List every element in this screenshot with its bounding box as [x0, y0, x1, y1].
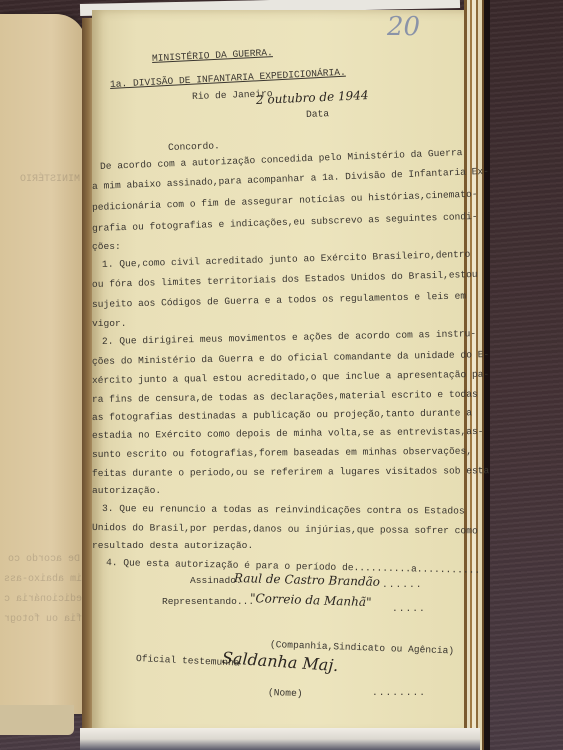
intro-line: ções:	[92, 242, 121, 252]
bleed-through-text: De acordo co	[8, 554, 80, 565]
date-handwritten: 2 outubro de 1944	[256, 89, 369, 106]
clause-line: feitas durante o periodo,ou se referirem…	[92, 466, 489, 478]
clause-line: xército junto a qual estou acreditado,o …	[92, 370, 489, 386]
clause-line: sunto escrito ou fotografias,forem basea…	[92, 447, 472, 460]
witness-signature: Saldanha Maj.	[221, 650, 338, 674]
dotted-leader: ......	[382, 580, 423, 590]
clause-line: ra fins de censura,de todas as declaraçõ…	[92, 390, 478, 405]
folio-number: 20	[387, 14, 420, 40]
clause-line: ções do Ministério da Guerra e do oficia…	[92, 350, 489, 367]
intro-line: pedicionária com o fim de assegurar notí…	[92, 190, 478, 213]
representing-label: Representando...	[162, 597, 254, 607]
signed-signature: Raul de Castro Brandão	[234, 572, 380, 588]
clause-line: resultado desta autorização.	[92, 541, 253, 551]
bleed-through-text: pedicionária c	[4, 594, 88, 605]
division-heading: 1a. DIVISÃO DE INFANTARIA EXPEDICIONÁRIA…	[110, 68, 346, 90]
clause-line: sujeito aos Códigos de Guerra e a todos …	[92, 292, 466, 310]
document-content: 20 MINISTÉRIO DA GUERRA. 1a. DIVISÃO DE …	[92, 10, 467, 730]
salutation: Concordo.	[168, 141, 220, 152]
date-label: Data	[306, 109, 329, 119]
clause-line: autorização.	[92, 486, 161, 496]
bleed-through-text: MINISTÉRIO	[20, 174, 80, 185]
clause-line: Unidos do Brasil,por perdas,danos ou inj…	[92, 523, 478, 536]
page-bottom-edge	[80, 728, 480, 750]
clause-line: 2. Que dirigirei meus movimentos e ações…	[102, 329, 476, 346]
clause-line: vigor.	[92, 319, 127, 329]
clause-line: estadia no Exército como depois de minha…	[92, 427, 484, 441]
clause-line: 1. Que,como civil acreditado junto ao Ex…	[102, 250, 471, 270]
name-caption: (Nome)	[268, 688, 303, 699]
clause-line: as fotografias destinadas a publicação o…	[92, 408, 472, 422]
dotted-leader: ........	[372, 688, 426, 698]
clause-line: 3. Que eu renuncio a todas as reinvindic…	[102, 504, 465, 516]
left-page-bottom-edge	[0, 705, 74, 735]
dotted-leader: .....	[392, 604, 426, 614]
intro-line: grafia ou fotografias e indicações,eu su…	[92, 212, 478, 234]
clause-line: ou fóra dos limites territoriais dos Est…	[92, 270, 478, 290]
representing-value: "Correio da Manhã"	[250, 592, 372, 608]
left-page-folded: MINISTÉRIO De acordo co a mim abaixo-ass…	[0, 14, 86, 714]
ministry-heading: MINISTÉRIO DA GUERRA.	[152, 48, 273, 63]
intro-line: a mim abaixo assinado,para acompanhar a …	[92, 167, 489, 192]
